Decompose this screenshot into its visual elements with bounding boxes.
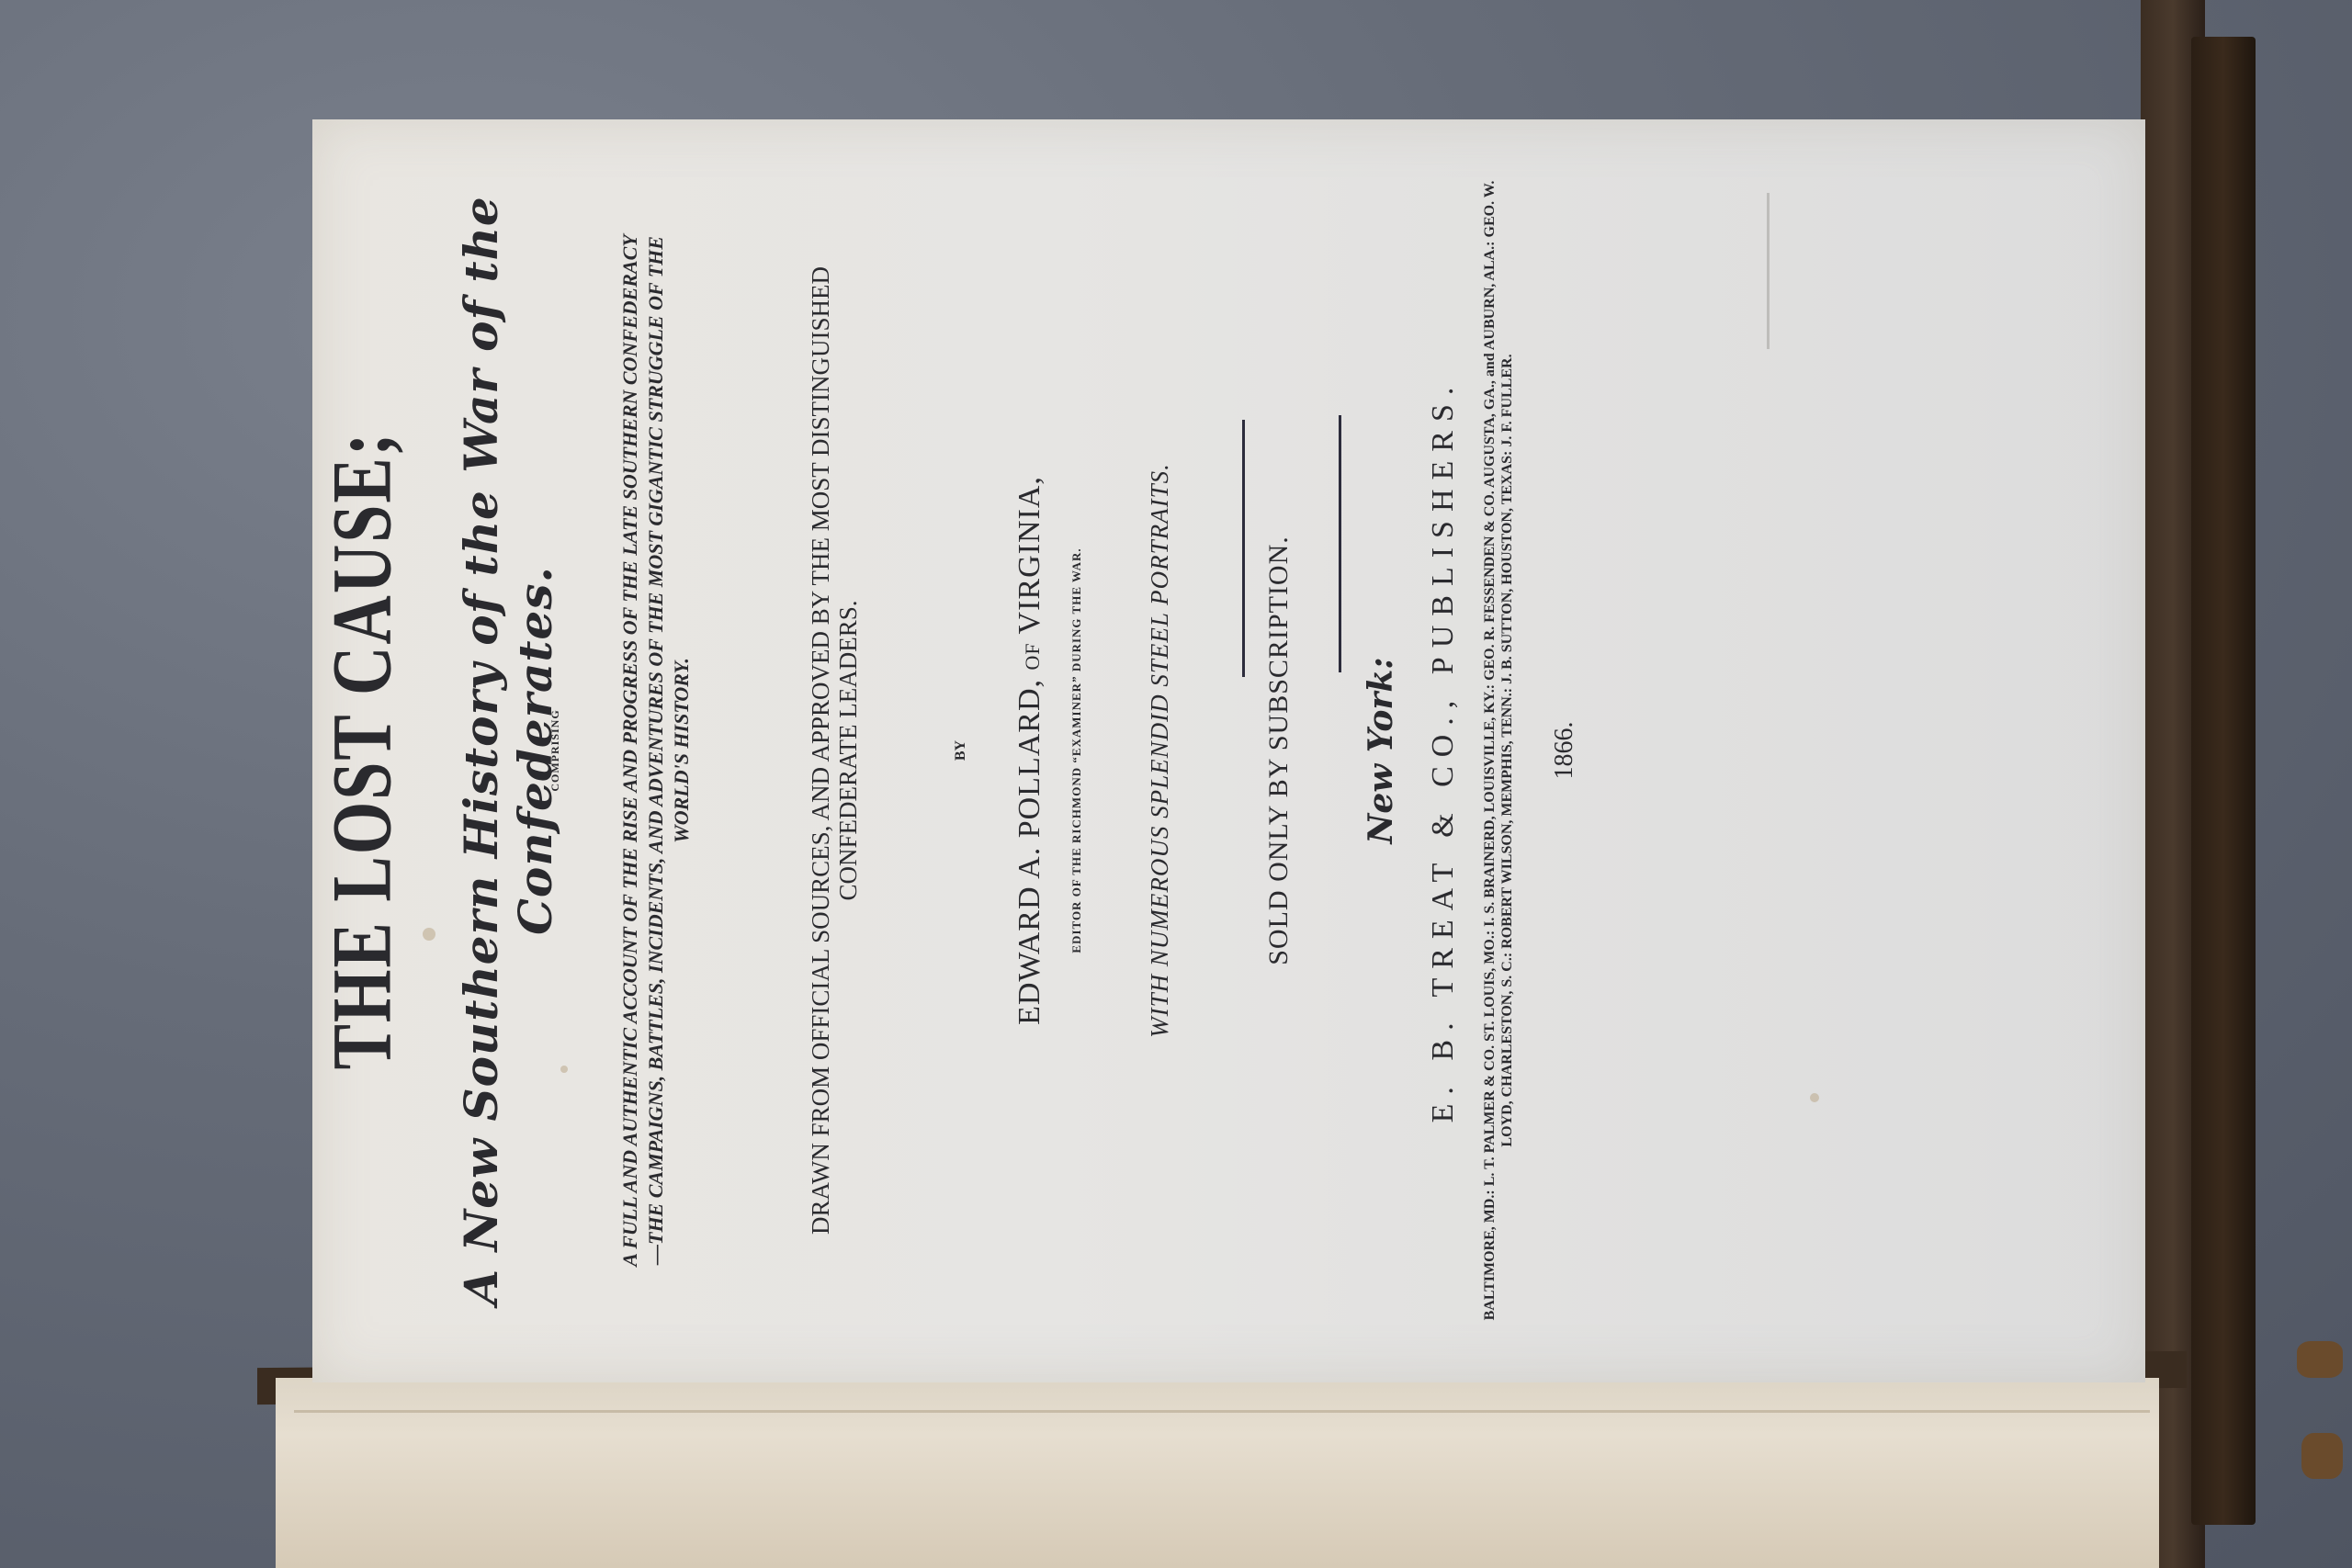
agents-list: BALTIMORE, MD.: L. T. PALMER & CO. ST. L…	[1481, 121, 1516, 1380]
leather-chip	[2301, 1433, 2343, 1479]
publication-city: New York:	[1362, 121, 1400, 1380]
page-stack	[276, 1378, 2159, 1568]
divider-rule	[1339, 415, 1341, 672]
author-name: EDWARD A. POLLARD,	[1012, 679, 1046, 1025]
book-title: THE LOST CAUSE;	[314, 121, 412, 1380]
account-description: A FULL AND AUTHENTIC ACCOUNT OF THE RISE…	[617, 121, 695, 1380]
author-state: VIRGINIA,	[1012, 476, 1046, 634]
comprising-label: COMPRISING	[548, 121, 562, 1380]
sale-note: SOLD ONLY BY SUBSCRIPTION.	[1263, 121, 1295, 1380]
title-page-content: THE LOST CAUSE; A New Southern History o…	[314, 121, 2143, 1380]
page-fold-line	[294, 1410, 2150, 1413]
author-line: EDWARD A. POLLARD, OF VIRGINIA,	[1012, 121, 1047, 1380]
author-of: OF	[1021, 642, 1044, 670]
book-subtitle: A New Southern History of the War of the…	[454, 121, 562, 1380]
sources-statement: DRAWN FROM OFFICIAL SOURCES, AND APPROVE…	[807, 121, 862, 1380]
portraits-note: WITH NUMEROUS SPLENDID STEEL PORTRAITS.	[1146, 121, 1174, 1380]
book-cover-edge	[2191, 37, 2256, 1525]
publisher-name: E. B. TREAT & CO., PUBLISHERS.	[1426, 121, 1461, 1380]
divider-rule	[1242, 420, 1245, 677]
publication-year: 1866.	[1550, 121, 1579, 1380]
by-label: BY	[953, 121, 969, 1380]
leather-chip	[2297, 1341, 2343, 1378]
author-note: EDITOR OF THE RICHMOND “EXAMINER” DURING…	[1069, 121, 1084, 1380]
